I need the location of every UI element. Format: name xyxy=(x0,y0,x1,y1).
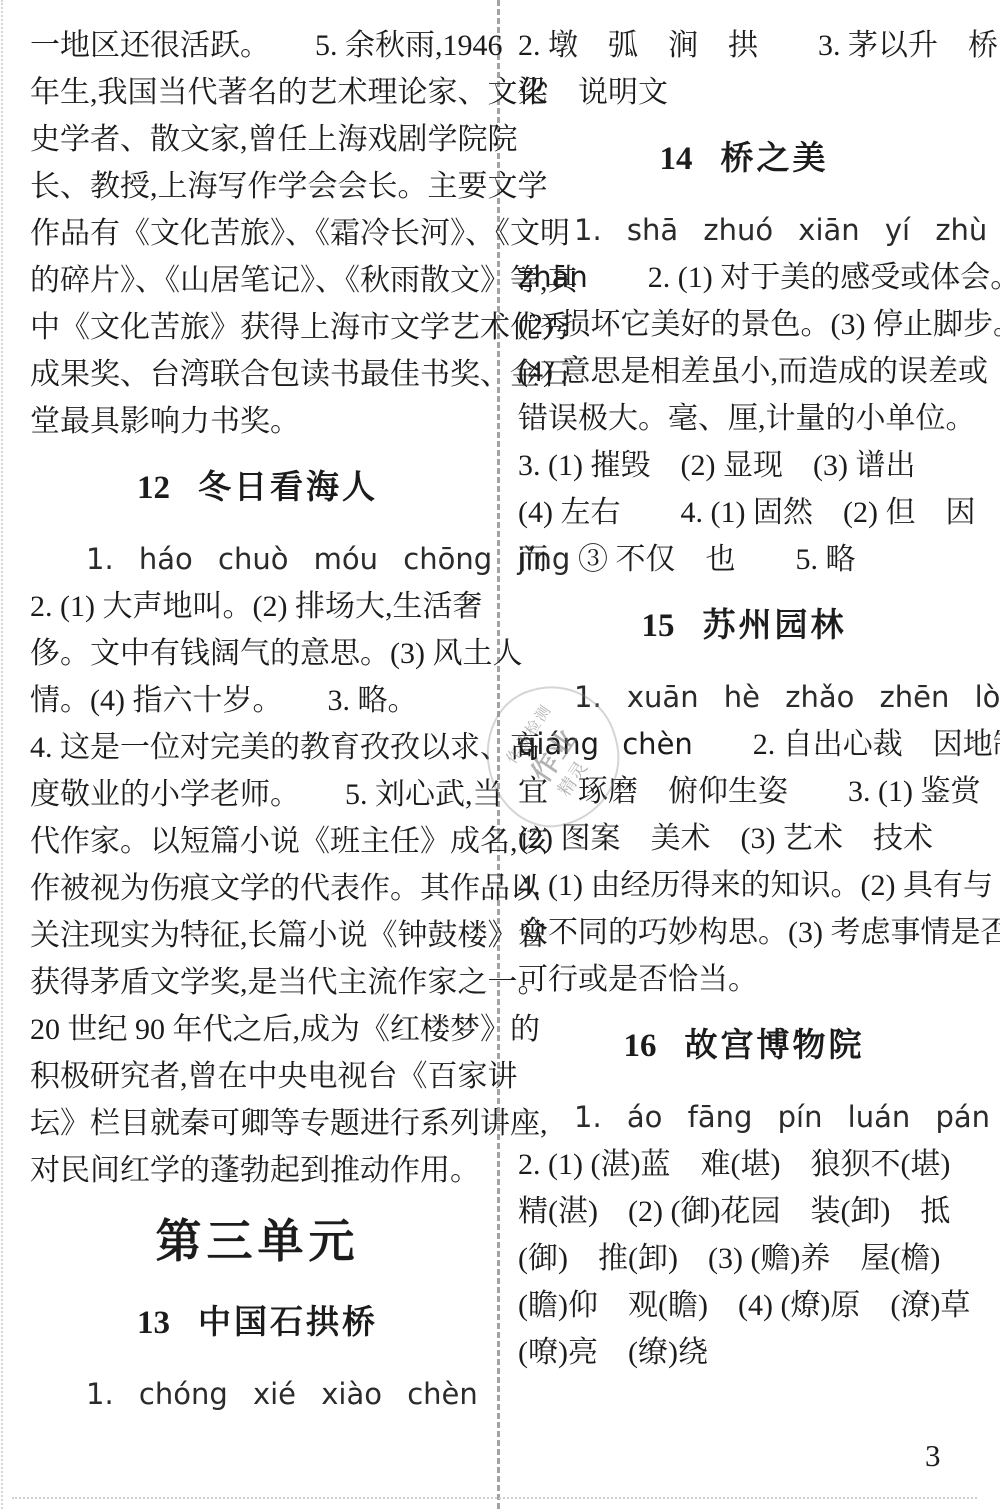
answer-line: 对民间红学的蓬勃起到推动作用。 xyxy=(30,1147,485,1194)
lesson-title: 冬日看海人 xyxy=(198,468,378,505)
page-bottom-edge-dots xyxy=(12,1497,977,1499)
answer-line: 的碎片》、《山居笔记》、《秋雨散文》等,其 xyxy=(30,257,485,304)
lesson-number: 14 xyxy=(660,141,693,177)
answer-line: 而 ③ 不仅 也 5. 略 xyxy=(518,536,970,583)
lesson-heading: 12冬日看海人 xyxy=(30,463,485,510)
lesson-title: 故宫博物院 xyxy=(685,1026,865,1063)
answer-line: 2. (1) 大声地叫。(2) 排场大,生活奢 xyxy=(30,583,485,630)
answer-line: 众不同的巧妙构思。(3) 考虑事情是否 xyxy=(518,909,970,956)
right-column: 2. 墩 弧 涧 拱 3. 茅以升 桥梁 说明文14桥之美1. shā zhuó… xyxy=(518,22,970,1376)
lesson-heading: 13中国石拱桥 xyxy=(30,1298,485,1345)
answer-line: (瞻)仰 观(瞻) (4) (燎)原 (潦)草 xyxy=(518,1282,970,1329)
lesson-heading: 14桥之美 xyxy=(518,134,970,181)
answer-book-page: { "page": { "number": "3", "watermark": … xyxy=(0,0,1000,1509)
pinyin-segment: zhān xyxy=(518,260,588,294)
text-segment: 2. (1) 对于美的感受或体会。 xyxy=(588,261,1000,294)
answer-line: 积极研究者,曾在中央电视台《百家讲 xyxy=(30,1053,485,1100)
answer-line: (嘹)亮 (缭)绕 xyxy=(518,1329,970,1376)
pinyin-line: 1. xuān hè zhǎo zhēn lòu xyxy=(518,674,970,721)
answer-line: 2. (1) (湛)蓝 难(堪) 狼狈不(堪) xyxy=(518,1141,970,1188)
answer-line: 年生,我国当代著名的艺术理论家、文化 xyxy=(30,69,485,116)
answer-line: (4) 左右 4. (1) 固然 (2) 但 因 xyxy=(518,489,970,536)
answer-line: 坛》栏目就秦可卿等专题进行系列讲座, xyxy=(30,1100,485,1147)
answer-line: 堂最具影响力书奖。 xyxy=(30,398,485,445)
answer-line: (2) 图案 美术 (3) 艺术 技术 xyxy=(518,815,970,862)
answer-line: 一地区还很活跃。 5. 余秋雨,1946 xyxy=(30,22,485,69)
lesson-heading: 16故宫博物院 xyxy=(518,1021,970,1068)
lesson-title: 桥之美 xyxy=(721,139,829,176)
answer-line: 宜 琢磨 俯仰生姿 3. (1) 鉴赏 xyxy=(518,768,970,815)
lesson-heading: 15苏州园林 xyxy=(518,601,970,648)
answer-line: 4. 这是一位对完美的教育孜孜以求、高 xyxy=(30,724,485,771)
answer-line: 情。(4) 指六十岁。 3. 略。 xyxy=(30,677,485,724)
answer-line: 3. (1) 摧毁 (2) 显现 (3) 谱出 xyxy=(518,442,970,489)
left-column: 一地区还很活跃。 5. 余秋雨,1946年生,我国当代著名的艺术理论家、文化史学… xyxy=(30,22,485,1418)
page-number: 3 xyxy=(925,1438,941,1474)
lesson-number: 12 xyxy=(137,470,170,506)
page-left-edge-dots xyxy=(1,0,3,1509)
answer-line: qiáng chèn 2. 自出心裁 因地制 xyxy=(518,721,970,768)
answer-line: (2) 损坏它美好的景色。(3) 停止脚步。 xyxy=(518,301,970,348)
answer-line: 2. 墩 弧 涧 拱 3. 茅以升 桥 xyxy=(518,22,970,69)
answer-line: (4) 意思是相差虽小,而造成的误差或 xyxy=(518,348,970,395)
lesson-title: 苏州园林 xyxy=(703,606,847,643)
pinyin-line: 1. shā zhuó xiān yí zhù xyxy=(518,207,970,254)
answer-line: 作被视为伤痕文学的代表作。其作品以 xyxy=(30,865,485,912)
unit-heading: 第三单元 xyxy=(30,1212,485,1272)
answer-line: 4. (1) 由经历得来的知识。(2) 具有与 xyxy=(518,862,970,909)
answer-line: 中《文化苦旅》获得上海市文学艺术优秀 xyxy=(30,304,485,351)
answer-line: 史学者、散文家,曾任上海戏剧学院院 xyxy=(30,116,485,163)
lesson-number: 15 xyxy=(642,608,675,644)
answer-line: 作品有《文化苦旅》、《霜冷长河》、《文明 xyxy=(30,210,485,257)
answer-line: 成果奖、台湾联合包读书最佳书奖、金石 xyxy=(30,351,485,398)
answer-line: 梁 说明文 xyxy=(518,69,970,116)
lesson-number: 16 xyxy=(624,1028,657,1064)
answer-line: 侈。文中有钱阔气的意思。(3) 风土人 xyxy=(30,630,485,677)
answer-line: 错误极大。毫、厘,计量的小单位。 xyxy=(518,395,970,442)
pinyin-line: 1. áo fāng pín luán pán xyxy=(518,1094,970,1141)
pinyin-line: 1. chóng xié xiào chèn xyxy=(30,1371,485,1418)
lesson-title: 中国石拱桥 xyxy=(198,1303,378,1340)
answer-line: 20 世纪 90 年代之后,成为《红楼梦》的 xyxy=(30,1006,485,1053)
answer-line: 获得茅盾文学奖,是当代主流作家之一。 xyxy=(30,959,485,1006)
answer-line: (御) 推(卸) (3) (赡)养 屋(檐) xyxy=(518,1235,970,1282)
answer-line: 精(湛) (2) (御)花园 装(卸) 抵 xyxy=(518,1188,970,1235)
answer-line: zhān 2. (1) 对于美的感受或体会。 xyxy=(518,254,970,301)
pinyin-line: 1. háo chuò móu chōng jǐng xyxy=(30,536,485,583)
answer-line: 长、教授,上海写作学会会长。主要文学 xyxy=(30,163,485,210)
answer-line: 代作家。以短篇小说《班主任》成名,该 xyxy=(30,818,485,865)
pinyin-segment: qiáng chèn xyxy=(518,727,693,761)
text-segment: 2. 自出心裁 因地制 xyxy=(693,728,1000,761)
answer-line: 关注现实为特征,长篇小说《钟鼓楼》曾 xyxy=(30,912,485,959)
lesson-number: 13 xyxy=(137,1305,170,1341)
answer-line: 可行或是否恰当。 xyxy=(518,956,970,1003)
answer-line: 度敬业的小学老师。 5. 刘心武,当 xyxy=(30,771,485,818)
